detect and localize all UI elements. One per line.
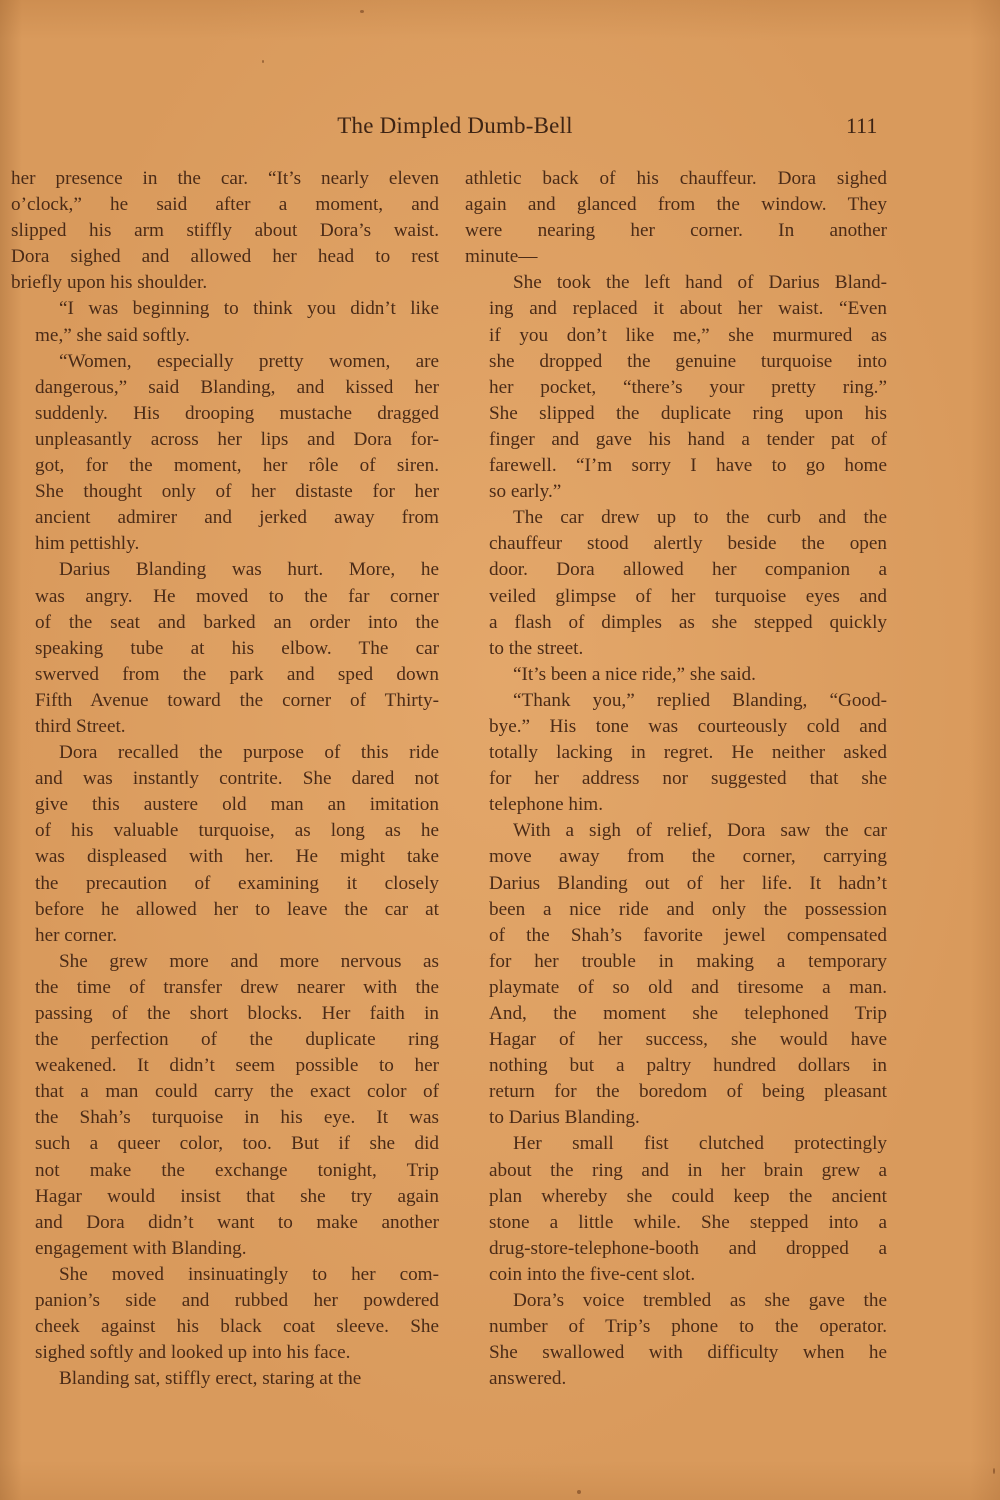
text-line: engagement with Blanding. xyxy=(11,1236,439,1262)
paragraph: Her small fist clutched protectinglyabou… xyxy=(465,1131,887,1288)
paragraph: Darius Blanding was hurt. More, hewas an… xyxy=(11,557,439,740)
text-line: to the street. xyxy=(465,636,887,662)
text-line: such a queer color, too. But if she did xyxy=(11,1131,439,1157)
text-line: telephone him. xyxy=(465,792,887,818)
text-line: him pettishly. xyxy=(11,531,439,557)
text-line: give this austere old man an imitation xyxy=(11,792,439,818)
text-line: Dora’s voice trembled as she gave the xyxy=(465,1288,887,1314)
text-line: suddenly. His drooping mustache dragged xyxy=(11,401,439,427)
paragraph: Blanding sat, stiffly erect, staring at … xyxy=(11,1366,439,1392)
text-line: With a sigh of relief, Dora saw the car xyxy=(465,818,887,844)
text-line: Hagar would insist that she try again xyxy=(11,1184,439,1210)
paragraph: Dora’s voice trembled as she gave thenum… xyxy=(465,1288,887,1392)
text-line: “I was beginning to think you didn’t lik… xyxy=(11,296,439,322)
text-line: she dropped the genuine turquoise into xyxy=(465,349,887,375)
text-line: ancient admirer and jerked away from xyxy=(11,505,439,531)
text-line: the time of transfer drew nearer with th… xyxy=(11,975,439,1001)
text-line: again and glanced from the window. They xyxy=(465,192,887,218)
text-line: to Darius Blanding. xyxy=(465,1105,887,1131)
text-line: her corner. xyxy=(11,923,439,949)
text-line: the precaution of examining it closely xyxy=(11,871,439,897)
paragraph: athletic back of his chauffeur. Dora sig… xyxy=(465,166,887,270)
text-line: of the seat and barked an order into the xyxy=(11,610,439,636)
text-line: unpleasantly across her lips and Dora fo… xyxy=(11,427,439,453)
running-head: The Dimpled Dumb-Bell 111 xyxy=(0,113,1000,147)
text-line: stone a little while. She stepped into a xyxy=(465,1210,887,1236)
text-line: that a man could carry the exact color o… xyxy=(11,1079,439,1105)
paper-fleck xyxy=(262,60,264,63)
text-line: was angry. He moved to the far corner xyxy=(11,584,439,610)
text-line: door. Dora allowed her companion a xyxy=(465,557,887,583)
text-line: Dora sighed and allowed her head to rest xyxy=(11,244,439,270)
text-line: so early.” xyxy=(465,479,887,505)
text-line: were nearing her corner. In another xyxy=(465,218,887,244)
text-line: number of Trip’s phone to the operator. xyxy=(465,1314,887,1340)
text-line: Hagar of her success, she would have xyxy=(465,1027,887,1053)
text-line: She grew more and more nervous as xyxy=(11,949,439,975)
paragraph: “I was beginning to think you didn’t lik… xyxy=(11,296,439,348)
text-line: third Street. xyxy=(11,714,439,740)
text-line: sighed softly and looked up into his fac… xyxy=(11,1340,439,1366)
text-line: me,” she said softly. xyxy=(11,323,439,349)
text-line: cheek against his black coat sleeve. She xyxy=(11,1314,439,1340)
text-line: athletic back of his chauffeur. Dora sig… xyxy=(465,166,887,192)
text-line: a flash of dimples as she stepped quickl… xyxy=(465,610,887,636)
text-line: been a nice ride and only the possession xyxy=(465,897,887,923)
paragraph: “Thank you,” replied Blanding, “Good-bye… xyxy=(465,688,887,818)
paper-fleck xyxy=(993,1468,995,1474)
text-line: chauffeur stood alertly beside the open xyxy=(465,531,887,557)
paragraph: Dora recalled the purpose of this ridean… xyxy=(11,740,439,949)
text-line: She took the left hand of Darius Bland- xyxy=(465,270,887,296)
text-line: She slipped the duplicate ring upon his xyxy=(465,401,887,427)
text-line: briefly upon his shoulder. xyxy=(11,270,439,296)
text-line: return for the boredom of being pleasant xyxy=(465,1079,887,1105)
left-column: her presence in the car. “It’s nearly el… xyxy=(11,166,439,1392)
text-line: playmate of so old and tiresome a man. xyxy=(465,975,887,1001)
text-line: Blanding sat, stiffly erect, staring at … xyxy=(11,1366,439,1392)
text-line: and was instantly contrite. She dared no… xyxy=(11,766,439,792)
text-line: totally lacking in regret. He neither as… xyxy=(465,740,887,766)
text-line: slipped his arm stiffly about Dora’s wai… xyxy=(11,218,439,244)
text-line: o’clock,” he said after a moment, and xyxy=(11,192,439,218)
text-line: panion’s side and rubbed her powdered xyxy=(11,1288,439,1314)
text-line: finger and gave his hand a tender pat of xyxy=(465,427,887,453)
text-line: her pocket, “there’s your pretty ring.” xyxy=(465,375,887,401)
text-line: speaking tube at his elbow. The car xyxy=(11,636,439,662)
text-line: minute— xyxy=(465,244,887,270)
text-line: of the Shah’s favorite jewel compensated xyxy=(465,923,887,949)
running-title: The Dimpled Dumb-Bell xyxy=(300,113,610,139)
text-line: “It’s been a nice ride,” she said. xyxy=(465,662,887,688)
text-line: and Dora didn’t want to make another xyxy=(11,1210,439,1236)
text-line: if you don’t like me,” she murmured as xyxy=(465,323,887,349)
text-line: nothing but a paltry hundred dollars in xyxy=(465,1053,887,1079)
text-line: Fifth Avenue toward the corner of Thirty… xyxy=(11,688,439,714)
text-line: weakened. It didn’t seem possible to her xyxy=(11,1053,439,1079)
paper-fleck xyxy=(577,1490,581,1494)
paragraph: her presence in the car. “It’s nearly el… xyxy=(11,166,439,296)
text-line: not make the exchange tonight, Trip xyxy=(11,1158,439,1184)
text-line: veiled glimpse of her turquoise eyes and xyxy=(465,584,887,610)
text-line: coin into the five-cent slot. xyxy=(465,1262,887,1288)
text-line: was displeased with her. He might take xyxy=(11,844,439,870)
book-page: The Dimpled Dumb-Bell 111 her presence i… xyxy=(0,0,1000,1500)
text-line: her presence in the car. “It’s nearly el… xyxy=(11,166,439,192)
text-line: swerved from the park and sped down xyxy=(11,662,439,688)
text-line: And, the moment she telephoned Trip xyxy=(465,1001,887,1027)
text-line: before he allowed her to leave the car a… xyxy=(11,897,439,923)
text-line: of his valuable turquoise, as long as he xyxy=(11,818,439,844)
text-line: drug-store-telephone-booth and dropped a xyxy=(465,1236,887,1262)
paper-fleck xyxy=(360,10,364,13)
right-column: athletic back of his chauffeur. Dora sig… xyxy=(465,166,887,1392)
paragraph: “It’s been a nice ride,” she said. xyxy=(465,662,887,688)
text-line: dangerous,” said Blanding, and kissed he… xyxy=(11,375,439,401)
text-line: Darius Blanding was hurt. More, he xyxy=(11,557,439,583)
text-line: passing of the short blocks. Her faith i… xyxy=(11,1001,439,1027)
text-line: “Women, especially pretty women, are xyxy=(11,349,439,375)
text-line: farewell. “I’m sorry I have to go home xyxy=(465,453,887,479)
page-number: 111 xyxy=(846,113,877,139)
paragraph: She grew more and more nervous asthe tim… xyxy=(11,949,439,1262)
text-line: The car drew up to the curb and the xyxy=(465,505,887,531)
text-line: She swallowed with difficulty when he xyxy=(465,1340,887,1366)
text-line: answered. xyxy=(465,1366,887,1392)
text-line: She thought only of her distaste for her xyxy=(11,479,439,505)
paragraph: She moved insinuatingly to her com-panio… xyxy=(11,1262,439,1366)
text-line: the Shah’s turquoise in his eye. It was xyxy=(11,1105,439,1131)
paragraph: She took the left hand of Darius Bland-i… xyxy=(465,270,887,505)
text-line: “Thank you,” replied Blanding, “Good- xyxy=(465,688,887,714)
text-line: about the ring and in her brain grew a xyxy=(465,1158,887,1184)
text-line: the perfection of the duplicate ring xyxy=(11,1027,439,1053)
text-line: Darius Blanding out of her life. It hadn… xyxy=(465,871,887,897)
paragraph: With a sigh of relief, Dora saw the carm… xyxy=(465,818,887,1131)
text-line: for her address nor suggested that she xyxy=(465,766,887,792)
text-line: plan whereby she could keep the ancient xyxy=(465,1184,887,1210)
text-line: got, for the moment, her rôle of siren. xyxy=(11,453,439,479)
text-line: move away from the corner, carrying xyxy=(465,844,887,870)
text-line: Her small fist clutched protectingly xyxy=(465,1131,887,1157)
paragraph: The car drew up to the curb and thechauf… xyxy=(465,505,887,662)
text-line: for her trouble in making a temporary xyxy=(465,949,887,975)
text-line: She moved insinuatingly to her com- xyxy=(11,1262,439,1288)
text-line: ing and replaced it about her waist. “Ev… xyxy=(465,296,887,322)
paragraph: “Women, especially pretty women, aredang… xyxy=(11,349,439,558)
text-line: bye.” His tone was courteously cold and xyxy=(465,714,887,740)
text-line: Dora recalled the purpose of this ride xyxy=(11,740,439,766)
